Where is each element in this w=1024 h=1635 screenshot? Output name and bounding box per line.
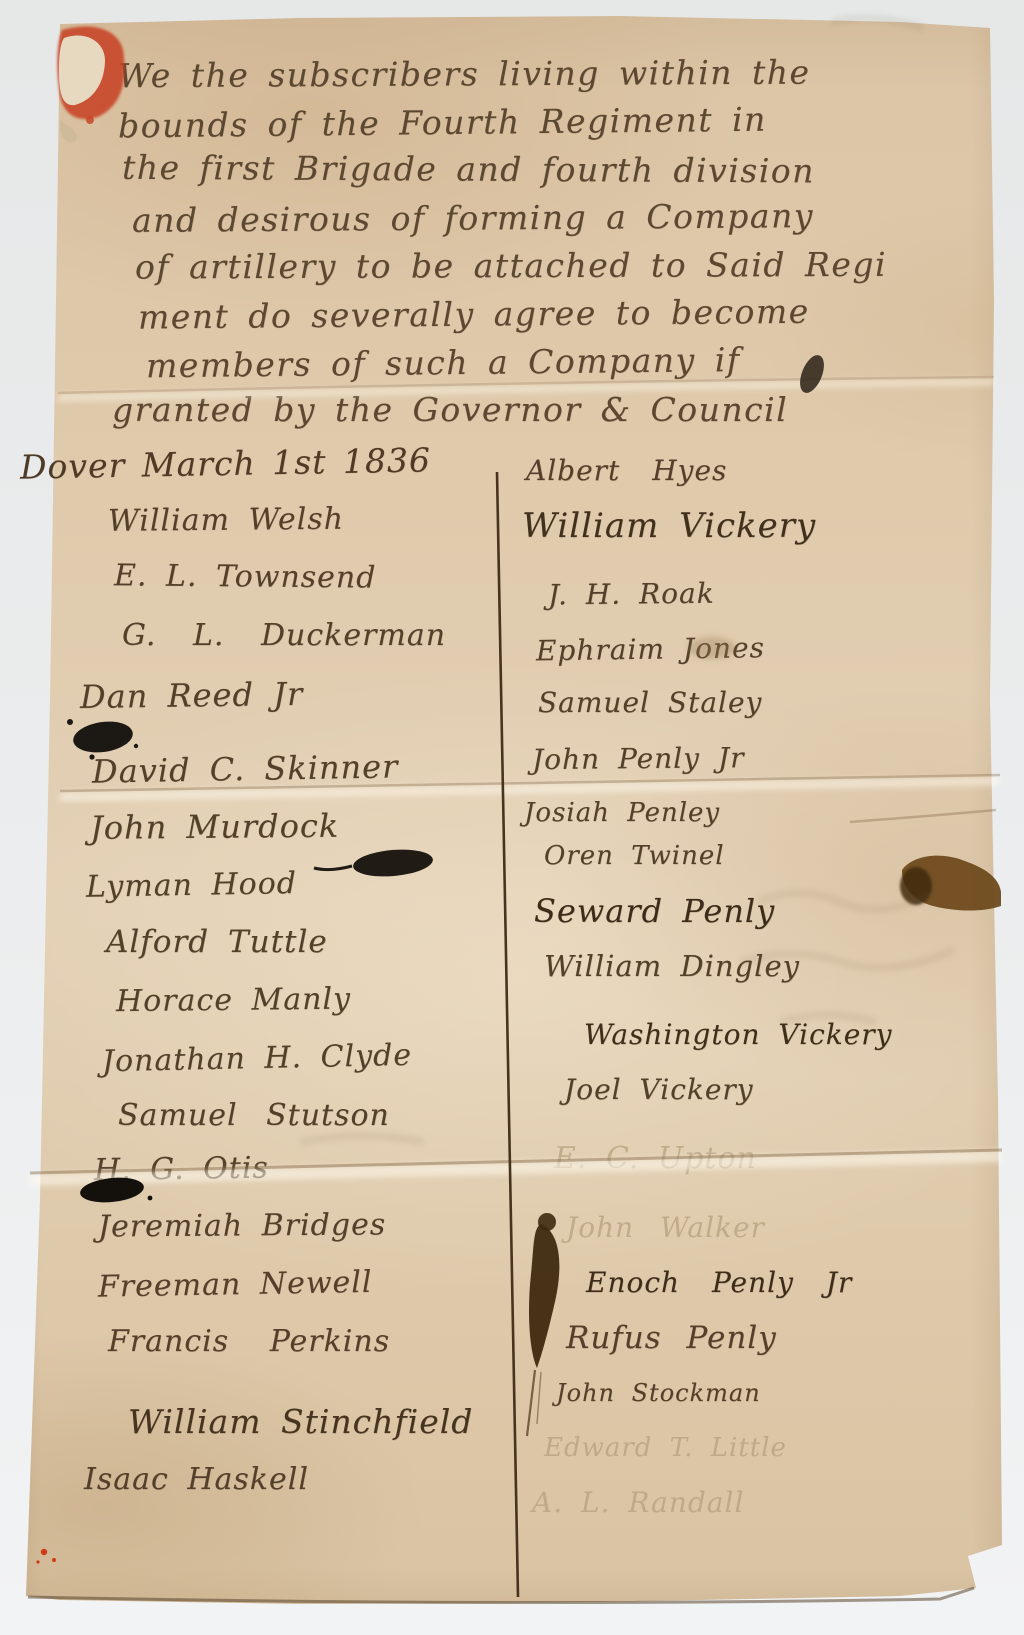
signature: John Penly Jr: [532, 731, 1012, 790]
signature: Joel Vickery: [564, 1065, 1012, 1120]
signature: David C. Skinner: [92, 738, 515, 803]
petition-line: members of such a Company if: [146, 334, 962, 391]
petition-line: bounds of the Fourth Regiment in: [118, 94, 962, 151]
signature-column-right: Albert Hyes William Vickery J. H. Roak E…: [532, 446, 1012, 1533]
petition-line: the first Brigade and fourth division: [122, 144, 962, 196]
signature: Francis Perkins: [108, 1316, 514, 1374]
signature: William Welsh: [108, 492, 514, 554]
petition-line: We the subscribers living within the: [118, 48, 962, 100]
signature: Horace Manly: [116, 972, 515, 1034]
signature: Isaac Haskell: [84, 1454, 514, 1512]
signature: J. H. Roak: [548, 566, 1013, 626]
petition-text: We the subscribers living within the bou…: [112, 50, 962, 434]
signature: E. L. Townsend: [114, 550, 514, 611]
signature: Oren Twinel: [544, 831, 1012, 886]
dateline: Dover March 1st 1836: [20, 440, 432, 486]
signature: William Stinchfield: [128, 1396, 514, 1454]
petition-line: and desirous of forming a Company: [132, 191, 962, 245]
signature: Dan Reed Jr: [80, 665, 515, 729]
signature: Albert Hyes: [526, 446, 1012, 501]
signature: Edward T. Little: [544, 1423, 1012, 1478]
signature: Rufus Penly: [566, 1313, 1012, 1368]
signature: William Vickery: [522, 501, 1012, 556]
signature: John Walker: [566, 1203, 1012, 1258]
signature: Seward Penly: [534, 886, 1012, 941]
signature: John Murdock: [90, 798, 514, 860]
signature: William Dingley: [544, 941, 1012, 996]
signature: A. L. Randall: [532, 1478, 1012, 1533]
signature: Alford Tuttle: [106, 916, 514, 974]
signature: Freeman Newell: [98, 1254, 515, 1319]
signature: H. G. Otis: [94, 1139, 515, 1203]
signature: Lyman Hood: [86, 854, 515, 919]
scanned-document-photo: We the subscribers living within the bou…: [0, 0, 1024, 1635]
petition-line: granted by the Governor & Council: [112, 386, 962, 434]
signature: Washington Vickery: [584, 1010, 1012, 1065]
petition-line: of artillery to be attached to Said Regi: [135, 241, 962, 292]
signature: Jeremiah Bridges: [98, 1199, 514, 1260]
signature: Jonathan H. Clyde: [101, 1028, 514, 1095]
signature: Ephraim Jones: [536, 620, 1013, 682]
signature: E. C. Upton: [554, 1134, 1012, 1189]
signature: Enoch Penly Jr: [586, 1258, 1012, 1313]
petition-line: ment do severally agree to become: [138, 286, 962, 341]
signature: G. L. Duckerman: [122, 610, 514, 668]
signature: John Stockman: [556, 1368, 1012, 1423]
signature-column-left: William Welsh E. L. Townsend G. L. Ducke…: [84, 494, 514, 1512]
signature: Samuel Staley: [538, 678, 1012, 733]
